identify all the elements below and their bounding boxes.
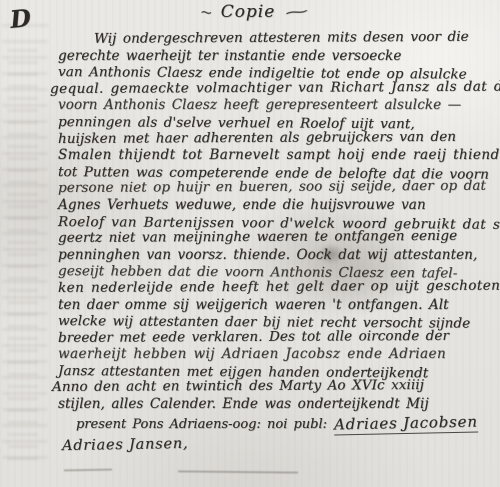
header-flourish-left: ~	[199, 2, 212, 21]
manuscript-line: Wij ondergeschreven attesteren mits dese…	[50, 29, 478, 48]
document-title: Copie	[221, 2, 276, 22]
verso-bleedthrough	[8, 40, 38, 460]
signature-adriaen-jacobsz: Adriaes Jacobsen	[334, 412, 478, 435]
manuscript-line: Agnes Verhuets weduwe, ende die huijsvro…	[50, 197, 478, 214]
manuscript-line: gequal. gemaeckte volmachtiger van Richa…	[50, 79, 478, 98]
manuscript-scan: D ~Copie~ Wij ondergeschreven attesteren…	[0, 0, 500, 487]
manuscript-line: Smalen thijendt tot Barnevelt sampt hoij…	[50, 147, 478, 164]
manuscript-line: breeder met eede verklaren. Des tot alle…	[50, 327, 478, 346]
signature-adriaen-jansz: Adriaes Jansen,	[62, 436, 189, 454]
manuscript-line: geertz niet van meijninghe waeren te ont…	[50, 228, 478, 247]
subscription-row: present Pons Adriaens-oog: noi publ: Adr…	[50, 414, 478, 434]
pencil-mark	[64, 469, 112, 472]
manuscript-line: ten daer omme sij weijgerich waeren 't o…	[50, 297, 478, 314]
manuscript-line: ken nederleijde ende heeft het gelt daer…	[50, 278, 478, 297]
header-flourish-right: ~	[282, 2, 307, 22]
manuscript-line: waerheijt hebben wij Adriaen Jacobsz end…	[50, 346, 478, 363]
manuscript-line: persone niet op huijr en bueren, soo sij…	[50, 178, 478, 197]
manuscript-line: penninghen van voorsz. thiende. Oock dat…	[50, 247, 478, 264]
manuscript-line: stijlen, alles Calender. Ende was ondert…	[50, 396, 478, 413]
manuscript-line: huijsken met haer adherenten als gebruij…	[50, 128, 478, 147]
manuscript-body: Wij ondergeschreven attesteren mits dese…	[50, 31, 478, 413]
manuscript-line: gerechte waerheijt ter instantie ende ve…	[50, 48, 478, 65]
document-header: ~Copie~	[0, 2, 500, 22]
notary-subscription: present Pons Adriaens-oog: noi publ:	[50, 417, 327, 432]
manuscript-line: voorn Anthonis Claesz heeft gerepresente…	[50, 97, 478, 114]
pencil-mark	[178, 470, 298, 473]
manuscript-line: Anno den acht en twintich des Marty Ao X…	[50, 377, 478, 396]
